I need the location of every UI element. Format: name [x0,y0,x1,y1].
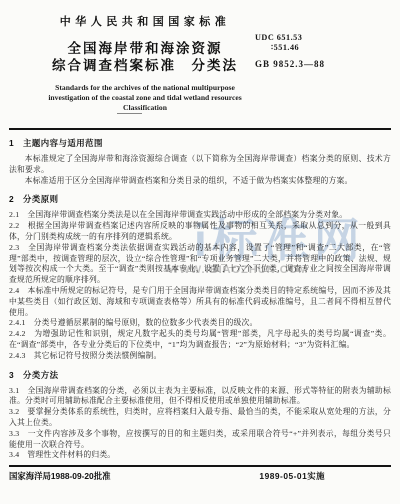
implementation-date: 1989-05-01实施 [259,470,325,482]
udc-code-line2: ∶551.46 [255,43,400,53]
section-1-heading: 1 主题内容与适用范围 [9,137,391,149]
paragraph: 2.4 本标准中所规定的标记符号，是专门用于全国海岸带调查档案分类类目的特定系统… [9,286,391,318]
paragraph: 2.4.2 为增强助记性和识别，规定凡数字起头的类号均属“管理”部类，凡字母起头… [9,329,391,351]
paragraph: 3.3 一文件内容涉及多个事物，应按撰写的目的和主题归类，或采用联合符号“+”并… [9,429,391,451]
document-title-line1: 全国海岸带和海涂资源 [9,40,281,57]
header-title-block: 中华人民共和国国家标准 全国海岸带和海涂资源 综合调查档案标准 分类法 Stan… [9,0,281,113]
paragraph: 2.4.3 其它标记符号按照分类法惯例编制。 [9,351,391,362]
english-title-line2: investigation of the coastal zone and ti… [9,93,281,103]
udc-code-line1: UDC 651.53 [255,33,400,43]
gb-standard-number: GB 9852.3—88 [255,60,400,70]
classification-underline [117,113,142,114]
document-body: 1 主题内容与适用范围 本标准规定了全国海岸带和海涂资源综合调查（以下简称为全国… [9,137,391,461]
section-2-heading: 2 分类原则 [9,193,391,205]
standard-codes-block: UDC 651.53 ∶551.46 GB 9852.3—88 [255,33,400,70]
header-divider-rule [9,128,391,130]
approval-authority-date: 国家海洋局1988-09-20批准 [9,470,110,482]
english-title-line1: Standards for the archives of the nation… [9,83,281,93]
paragraph: 2.4.1 分类号遵循层累制的编号原则，数的位数多少代表类目的级次。 [9,318,391,329]
paragraph: 2.1 全国海岸带调查档案分类法是以在全国海岸带调查实践活动中形成的全部档案为分… [9,210,391,221]
paragraph: 本标准适用于区分全国海岸带调查档案和分类目录的组织，不适于做为档案实体整理的方案… [9,176,391,187]
document-title-line2: 综合调查档案标准 分类法 [9,57,281,74]
standard-document-page: i标准网 WWW.IBIAOZHUN.COM 中华人民共和国国家标准 全国海岸带… [0,0,400,504]
document-footer: 国家海洋局1988-09-20批准 1989-05-01实施 [9,470,391,484]
english-title: Standards for the archives of the nation… [9,83,281,113]
national-standard-label: 中华人民共和国国家标准 [9,0,281,29]
footer-divider-rule [9,465,391,467]
paragraph: 3.1 全国海岸带调查档案的分类，必须以主表为主要标准，以反映文件的来源、形式等… [9,386,391,408]
paragraph: 3.4 管理性文件材料的归类。 [9,450,391,461]
paragraph: 本标准规定了全国海岸带和海涂资源综合调查（以下简称为全国海岸带调查）档案分类的原… [9,154,391,176]
page-content: 中华人民共和国国家标准 全国海岸带和海涂资源 综合调查档案标准 分类法 Stan… [0,0,400,484]
paragraph: 2.3 全国海岸带调查档案分类法依据调查实践活动的基本内容，设置了“管理”和“调… [9,243,391,286]
paragraph: 3.2 要掌握分类体系的系统性，归类时，应将档案归入最专指、最恰当的类，不能采取… [9,407,391,429]
section-3-heading: 3 分类方法 [9,369,391,381]
document-header: 中华人民共和国国家标准 全国海岸带和海涂资源 综合调查档案标准 分类法 Stan… [9,0,391,128]
paragraph: 2.2 根据全国海岸带调查档案记述内容所反映的事物属性及事物的相互关系，采取从总… [9,221,391,243]
english-title-line3: Classification [9,103,281,113]
